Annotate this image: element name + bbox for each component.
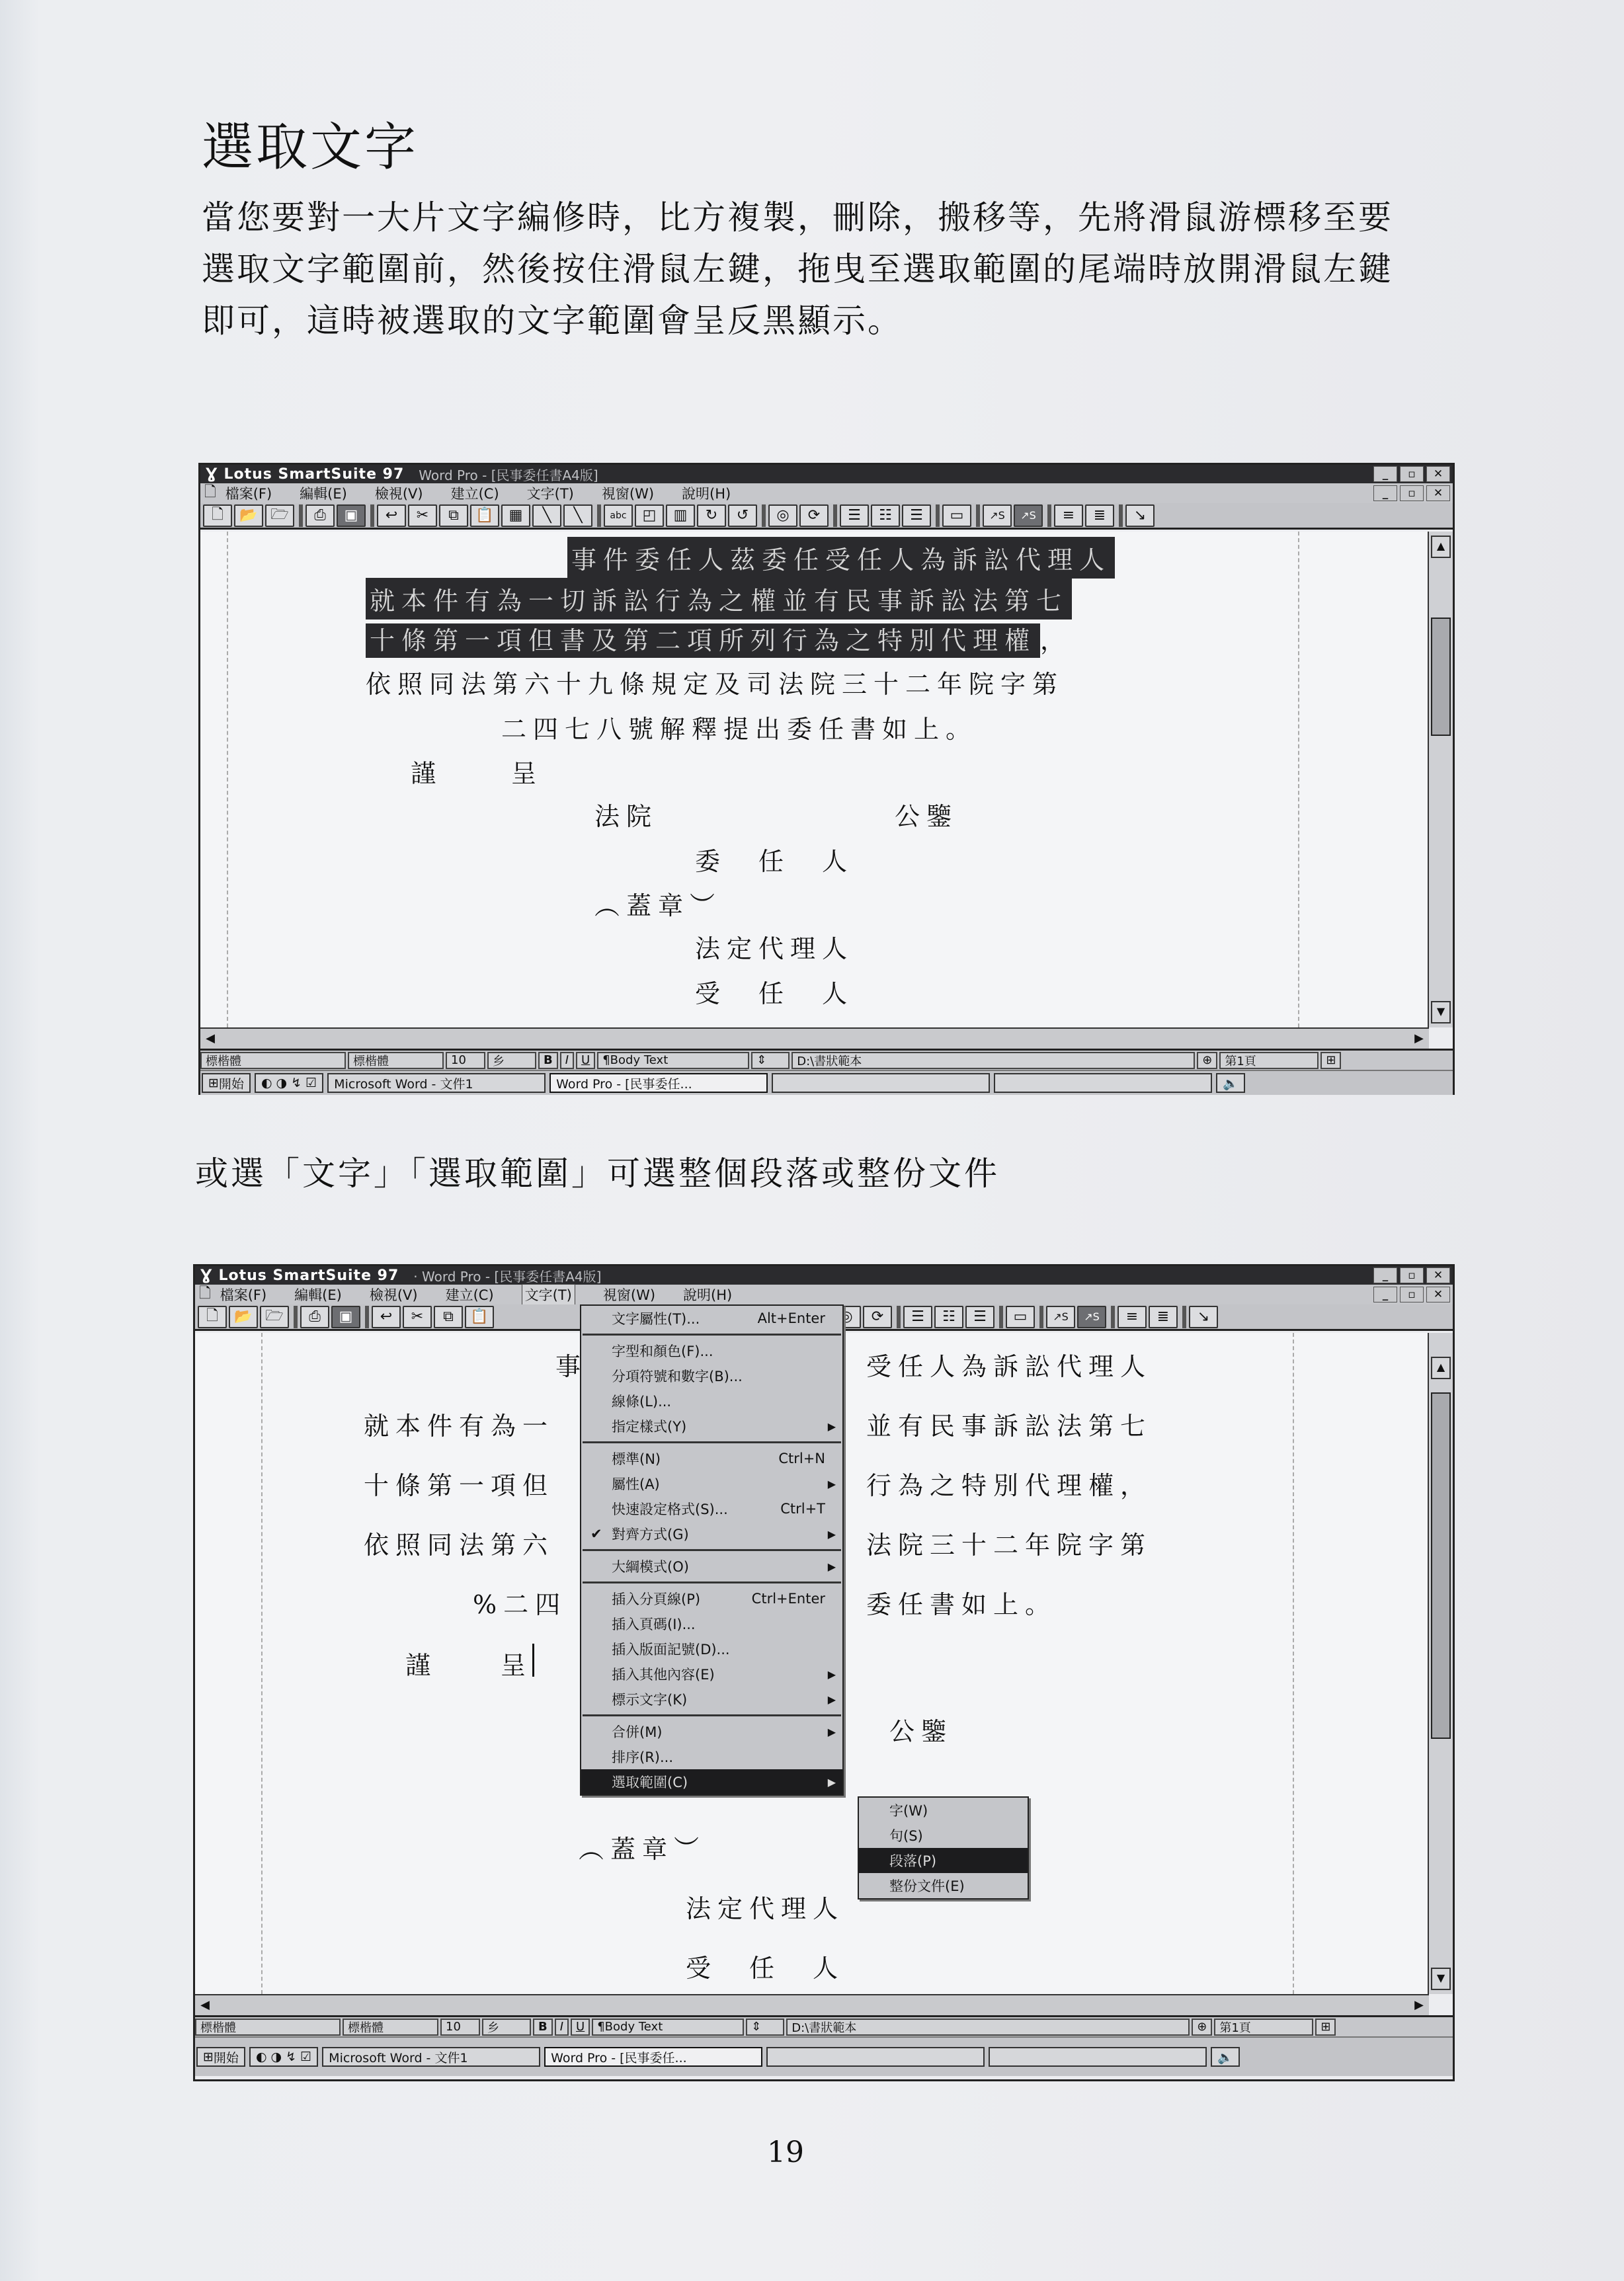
submenu-item-word[interactable]: 字(W) bbox=[859, 1798, 1028, 1823]
menu-separator bbox=[583, 1441, 841, 1443]
document-title: · Word Pro - [民事委任書A4版] bbox=[413, 1266, 601, 1285]
paste-icon[interactable]: 📋 bbox=[470, 504, 499, 527]
restore-button[interactable]: ▫ bbox=[1400, 466, 1424, 482]
text-color-icon[interactable]: 乡 bbox=[482, 2019, 531, 2036]
menu-item-sort[interactable]: 排序(R)... bbox=[581, 1744, 842, 1769]
menu-item-alignment[interactable]: ✔對齊方式(G)▶ bbox=[581, 1521, 842, 1546]
intro-paragraph: 當您要對一大片文字編修時，比方複製，刪除，搬移等，先將滑鼠游標移至要 選取文字範… bbox=[202, 192, 1458, 346]
windows-logo-icon: ⊞ bbox=[203, 2050, 214, 2064]
pointer-icon[interactable]: ↘ bbox=[1125, 504, 1155, 527]
underline-button[interactable]: U bbox=[576, 1052, 595, 1069]
document-line: 行為之特別代理權， bbox=[866, 1465, 1152, 1501]
document-icon: 🗋 bbox=[204, 481, 216, 506]
scroll-right-arrow-icon[interactable]: ▶ bbox=[1410, 1997, 1428, 2014]
document-line: 依照同法第六 bbox=[364, 1525, 554, 1561]
style-icon[interactable]: ↗S bbox=[1046, 1306, 1075, 1328]
checklist-icon[interactable]: ☰ bbox=[902, 504, 931, 527]
document-line: 公鑒 bbox=[895, 796, 958, 832]
document-line: 呈 bbox=[501, 1645, 532, 1681]
font-dropdown-2[interactable]: 標楷體 bbox=[348, 1052, 444, 1069]
submenu-arrow-icon: ▶ bbox=[828, 1560, 836, 1573]
vertical-scrollbar[interactable]: ▲ ▼ bbox=[1428, 1333, 1453, 1994]
scroll-down-arrow-icon[interactable]: ▼ bbox=[1431, 1968, 1451, 1990]
tray-volume-icon[interactable]: 🔈 bbox=[1216, 1073, 1245, 1093]
menu-window[interactable]: 視窗(W) bbox=[602, 483, 654, 503]
document-line: 就本件有為一 bbox=[364, 1406, 554, 1442]
fast-format-icon[interactable]: ↗S bbox=[1077, 1306, 1106, 1328]
doc-close-button[interactable]: ✕ bbox=[1426, 1287, 1450, 1302]
menu-create[interactable]: 建立(C) bbox=[446, 1285, 494, 1304]
screenshot-caption: 或選「文字」「選取範圍」可選整個段落或整份文件 bbox=[195, 1147, 1000, 1195]
text-cursor bbox=[532, 1644, 534, 1677]
print-icon[interactable]: ⎙ bbox=[300, 1306, 329, 1328]
task-empty-2[interactable] bbox=[994, 1073, 1212, 1093]
page-indicator[interactable]: 第1頁 bbox=[1214, 2019, 1313, 2036]
menu-create[interactable]: 建立(C) bbox=[451, 483, 499, 503]
smarticons-toolbar: 🗋 📂 🗁 ⎙ ▣ ↩ ✂ ⧉ 📋 ▦ ╲ ╲ abc ◰ ▥ ↻ ↺ ◎ ⟳ … bbox=[200, 503, 1453, 530]
submenu-arrow-icon: ▶ bbox=[828, 1693, 836, 1706]
bold-button[interactable]: B bbox=[533, 2019, 553, 2036]
windows-logo-icon: ⊞ bbox=[208, 1076, 219, 1090]
checklist-icon[interactable]: ☰ bbox=[965, 1306, 995, 1328]
page-nav-icon[interactable]: ⊕ bbox=[1192, 2019, 1212, 2036]
submenu-arrow-icon: ▶ bbox=[828, 1528, 836, 1541]
doc-minimize-button[interactable]: _ bbox=[1373, 485, 1397, 501]
save-folder-icon[interactable]: 🗁 bbox=[260, 1306, 289, 1328]
menu-text[interactable]: 文字(T) bbox=[522, 1284, 575, 1305]
globe-icon[interactable]: ◎ bbox=[768, 504, 797, 527]
line-3-comma: ， bbox=[1040, 626, 1072, 655]
menu-item-bullets-numbers[interactable]: 分項符號和數字(B)... bbox=[581, 1363, 842, 1388]
menu-item-text-properties[interactable]: 文字屬性(T)...Alt+Enter bbox=[581, 1306, 842, 1331]
bold-button[interactable]: B bbox=[538, 1052, 558, 1069]
wordpro-window-1: Ɣ Lotus SmartSuite 97 Word Pro - [民事委任書A… bbox=[198, 463, 1455, 1095]
print-icon[interactable]: ⎙ bbox=[305, 504, 335, 527]
menu-help[interactable]: 說明(H) bbox=[683, 1285, 732, 1304]
text-color-icon[interactable]: 乡 bbox=[487, 1052, 536, 1069]
italic-button[interactable]: I bbox=[560, 1052, 574, 1069]
status-bar: 標楷體 標楷體 10 乡 B I U ¶Body Text ⇕ D:\書狀範本 … bbox=[200, 1049, 1453, 1070]
document-line: 委 任 人 bbox=[695, 841, 854, 877]
font-size-dropdown[interactable]: 10 bbox=[440, 2019, 480, 2036]
print-preview-icon[interactable]: ▣ bbox=[337, 504, 366, 527]
font-dropdown[interactable]: 標楷體 bbox=[195, 2019, 341, 2036]
task-empty-1[interactable] bbox=[766, 2047, 985, 2067]
title-bar: Ɣ Lotus SmartSuite 97 · Word Pro - [民事委任… bbox=[195, 1266, 1453, 1285]
doc-minimize-button[interactable]: _ bbox=[1373, 1287, 1397, 1302]
status-bar: 標楷體 標楷體 10 乡 B I U ¶Body Text ⇕ D:\書狀範本 … bbox=[195, 2015, 1453, 2036]
print-preview-icon[interactable]: ▣ bbox=[331, 1306, 360, 1328]
menu-separator bbox=[583, 1334, 841, 1336]
minimize-button[interactable]: _ bbox=[1373, 1267, 1397, 1283]
align-icon[interactable]: ≡ bbox=[1054, 504, 1083, 527]
menu-view[interactable]: 檢視(V) bbox=[370, 1285, 418, 1304]
lotus-logo-icon: Ɣ bbox=[206, 466, 217, 483]
menu-item-outline[interactable]: 大綱模式(O)▶ bbox=[581, 1554, 842, 1579]
menu-item-font-color[interactable]: 字型和顏色(F)... bbox=[581, 1338, 842, 1363]
document-line: 受 任 人 bbox=[695, 973, 854, 1010]
submenu-item-sentence[interactable]: 句(S) bbox=[859, 1823, 1028, 1848]
new-document-icon[interactable]: 🗋 bbox=[203, 504, 232, 527]
book-page: 選取文字 當您要對一大片文字編修時，比方複製，刪除，搬移等，先將滑鼠游標移至要 … bbox=[0, 0, 1624, 2281]
submenu-arrow-icon: ▶ bbox=[828, 1478, 836, 1490]
bullet-list-icon[interactable]: ☰ bbox=[840, 504, 869, 527]
undo-icon[interactable]: ↩ bbox=[377, 504, 406, 527]
numbered-list-icon[interactable]: ☷ bbox=[934, 1306, 963, 1328]
document-line: 依照同法第六十九條規定及司法院三十二年院字第 bbox=[366, 664, 1064, 700]
frame-icon[interactable]: ◰ bbox=[635, 504, 664, 527]
table-icon[interactable]: ▦ bbox=[501, 504, 530, 527]
scroll-left-arrow-icon[interactable]: ◀ bbox=[196, 1997, 214, 2014]
tray-volume-icon[interactable]: 🔈 bbox=[1211, 2047, 1240, 2067]
section-heading: 選取文字 bbox=[202, 106, 419, 180]
document-line: %二四 bbox=[473, 1584, 567, 1621]
document-line: 法院三十二年院字第 bbox=[866, 1525, 1152, 1561]
quick-launch[interactable]: ◐ ◑ ↯ ☑ bbox=[255, 1073, 323, 1093]
menu-view[interactable]: 檢視(V) bbox=[375, 483, 423, 503]
menu-item-lines[interactable]: 線條(L)... bbox=[581, 1388, 842, 1414]
submenu-arrow-icon: ▶ bbox=[828, 1726, 836, 1738]
select-submenu: 字(W) 句(S) 段落(P) 整份文件(E) bbox=[858, 1796, 1029, 1900]
title-bar: Ɣ Lotus SmartSuite 97 Word Pro - [民事委任書A… bbox=[200, 465, 1453, 483]
lotus-logo-icon: Ɣ bbox=[200, 1267, 212, 1284]
submenu-item-paragraph[interactable]: 段落(P) bbox=[859, 1848, 1028, 1873]
document-line: 呈 bbox=[511, 753, 543, 789]
indent-icon[interactable]: ≣ bbox=[1085, 504, 1114, 527]
scroll-up-arrow-icon[interactable]: ▲ bbox=[1431, 536, 1451, 558]
menu-item-named-style[interactable]: 指定樣式(Y)▶ bbox=[581, 1414, 842, 1439]
italic-button[interactable]: I bbox=[555, 2019, 569, 2036]
line-icon[interactable]: ╲ bbox=[532, 504, 561, 527]
task-empty-1[interactable] bbox=[772, 1073, 990, 1093]
cut-icon[interactable]: ✂ bbox=[408, 504, 437, 527]
open-folder-icon[interactable]: 📂 bbox=[234, 504, 263, 527]
paragraph-line: 即可，這時被選取的文字範圍會呈反黑顯示。 bbox=[202, 295, 1458, 346]
bullet-list-icon[interactable]: ☰ bbox=[903, 1306, 932, 1328]
chart-icon[interactable]: ▥ bbox=[666, 504, 695, 527]
start-button[interactable]: ⊞開始 bbox=[196, 2047, 245, 2067]
scroll-thumb[interactable] bbox=[1431, 1392, 1451, 1739]
menu-item-normal[interactable]: 標準(N)Ctrl+N bbox=[581, 1446, 842, 1471]
doc-restore-button[interactable]: ▫ bbox=[1400, 485, 1424, 501]
start-button[interactable]: ⊞開始 bbox=[202, 1073, 251, 1093]
submenu-arrow-icon: ▶ bbox=[828, 1420, 836, 1433]
document-line: 委任書如上。 bbox=[866, 1584, 1057, 1621]
copy-icon[interactable]: ⧉ bbox=[439, 504, 468, 527]
font-dropdown[interactable]: 標楷體 bbox=[200, 1052, 346, 1069]
task-word[interactable]: Microsoft Word - 文件1 bbox=[327, 1073, 546, 1093]
menu-item-insert-page-number[interactable]: 插入頁碼(I)... bbox=[581, 1611, 842, 1636]
windows-taskbar: ⊞開始 ◐ ◑ ↯ ☑ Microsoft Word - 文件1 Word Pr… bbox=[200, 1070, 1453, 1095]
paragraph-line: 選取文字範圍前，然後按住滑鼠左鍵，拖曳至選取範圍的尾端時放開滑鼠左鍵 bbox=[202, 243, 1458, 295]
menu-file[interactable]: 檔案(F) bbox=[220, 1285, 266, 1304]
paragraph-style-dropdown[interactable]: ¶Body Text bbox=[597, 1052, 749, 1069]
scroll-left-arrow-icon[interactable]: ◀ bbox=[202, 1030, 219, 1047]
task-wordpro[interactable]: Word Pro - [民事委任... bbox=[549, 1073, 768, 1093]
document-line: 法定代理人 bbox=[686, 1888, 844, 1925]
document-line: ︵蓋章︶ bbox=[579, 1829, 706, 1865]
submenu-item-entire-document[interactable]: 整份文件(E) bbox=[859, 1873, 1028, 1898]
page-nav-icon[interactable]: ⊕ bbox=[1197, 1052, 1217, 1069]
menu-edit[interactable]: 編輯(E) bbox=[300, 483, 347, 503]
ruler-icon[interactable]: ▭ bbox=[942, 504, 971, 527]
menu-file[interactable]: 檔案(F) bbox=[225, 483, 272, 503]
page-next-icon[interactable]: ⊞ bbox=[1320, 1052, 1341, 1069]
undo-icon[interactable]: ↩ bbox=[372, 1306, 401, 1328]
doc-restore-button[interactable]: ▫ bbox=[1400, 1287, 1424, 1302]
task-word[interactable]: Microsoft Word - 文件1 bbox=[322, 2047, 540, 2067]
scroll-thumb[interactable] bbox=[1431, 618, 1451, 736]
close-button[interactable]: ✕ bbox=[1426, 1267, 1450, 1283]
submenu-arrow-icon: ▶ bbox=[828, 1776, 836, 1788]
paragraph-line: 當您要對一大片文字編修時，比方複製，刪除，搬移等，先將滑鼠游標移至要 bbox=[202, 192, 1458, 243]
menu-item-select[interactable]: 選取範圍(C)▶ bbox=[581, 1769, 842, 1794]
checkmark-icon: ✔ bbox=[590, 1526, 602, 1542]
sync-icon[interactable]: ⟳ bbox=[863, 1306, 892, 1328]
text-menu-dropdown: 文字屬性(T)...Alt+Enter 字型和顏色(F)... 分項符號和數字(… bbox=[580, 1304, 844, 1796]
paste-icon[interactable]: 📋 bbox=[465, 1306, 494, 1328]
fast-format-icon[interactable]: ↗S bbox=[1014, 504, 1043, 527]
underline-button[interactable]: U bbox=[571, 2019, 590, 2036]
app-title: Lotus SmartSuite 97 bbox=[223, 466, 404, 483]
document-title: Word Pro - [民事委任書A4版] bbox=[419, 465, 598, 484]
menu-item-insert-page-break[interactable]: 插入分頁線(P)Ctrl+Enter bbox=[581, 1586, 842, 1611]
minimize-button[interactable]: _ bbox=[1373, 466, 1397, 482]
submenu-arrow-icon: ▶ bbox=[828, 1668, 836, 1681]
horizontal-scrollbar[interactable]: ◀ ▶ bbox=[195, 1994, 1429, 2017]
menu-item-fast-format[interactable]: 快速設定格式(S)...Ctrl+T bbox=[581, 1496, 842, 1521]
page-next-icon[interactable]: ⊞ bbox=[1315, 2019, 1336, 2036]
scroll-down-arrow-icon[interactable]: ▼ bbox=[1431, 1001, 1451, 1023]
rotate-icon[interactable]: ↺ bbox=[728, 504, 757, 527]
ruler-icon[interactable]: ▭ bbox=[1006, 1306, 1035, 1328]
path-dropdown[interactable]: D:\書狀範本 bbox=[786, 2019, 1190, 2036]
menu-separator bbox=[583, 1714, 841, 1716]
scroll-right-arrow-icon[interactable]: ▶ bbox=[1410, 1030, 1428, 1047]
numbered-list-icon[interactable]: ☷ bbox=[871, 504, 900, 527]
close-button[interactable]: ✕ bbox=[1426, 466, 1450, 482]
document-line: 公鑒 bbox=[889, 1711, 953, 1747]
quick-launch[interactable]: ◐ ◑ ↯ ☑ bbox=[249, 2047, 318, 2067]
horizontal-scrollbar[interactable]: ◀ ▶ bbox=[200, 1027, 1429, 1050]
task-wordpro[interactable]: Word Pro - [民事委任... bbox=[544, 2047, 762, 2067]
vertical-scrollbar[interactable]: ▲ ▼ bbox=[1428, 532, 1453, 1027]
cut-icon[interactable]: ✂ bbox=[403, 1306, 432, 1328]
menu-item-merge[interactable]: 合併(M)▶ bbox=[581, 1719, 842, 1744]
diagonal-line-icon[interactable]: ╲ bbox=[563, 504, 592, 527]
restore-button[interactable]: ▫ bbox=[1400, 1267, 1424, 1283]
menu-bar: 🗋 檔案(F) 編輯(E) 檢視(V) 建立(C) 文字(T) 視窗(W) 說明… bbox=[200, 483, 1453, 503]
document-icon: 🗋 bbox=[199, 1282, 211, 1307]
document-line: 十條第一項但 bbox=[364, 1465, 554, 1501]
sync-icon[interactable]: ⟳ bbox=[799, 504, 829, 527]
style-icon[interactable]: ↗S bbox=[983, 504, 1012, 527]
selected-line-1[interactable]: 事件委任人茲委任受任人為訴訟代理人 bbox=[567, 537, 1115, 579]
document-line: 謹 bbox=[405, 1645, 437, 1681]
menu-help[interactable]: 說明(H) bbox=[682, 483, 731, 503]
open-folder-icon[interactable]: 📂 bbox=[229, 1306, 258, 1328]
menu-edit[interactable]: 編輯(E) bbox=[294, 1285, 342, 1304]
doc-close-button[interactable]: ✕ bbox=[1426, 485, 1450, 501]
align-icon[interactable]: ≡ bbox=[1117, 1306, 1147, 1328]
alignment-dropdown[interactable]: ⇕ bbox=[746, 2019, 784, 2036]
indent-icon[interactable]: ≣ bbox=[1149, 1306, 1178, 1328]
document-line: 法院 bbox=[594, 796, 658, 832]
new-document-icon[interactable]: 🗋 bbox=[198, 1306, 227, 1328]
menu-item-attributes[interactable]: 屬性(A)▶ bbox=[581, 1471, 842, 1496]
alignment-dropdown[interactable]: ⇕ bbox=[751, 1052, 790, 1069]
page-indicator[interactable]: 第1頁 bbox=[1219, 1052, 1319, 1069]
copy-icon[interactable]: ⧉ bbox=[434, 1306, 463, 1328]
task-empty-2[interactable] bbox=[989, 2047, 1207, 2067]
save-folder-icon[interactable]: 🗁 bbox=[265, 504, 294, 527]
document-area[interactable]: 事件委任人茲委任受任人為訴訟代理人 就本件有為一切訴訟行為之權並有民事訴訟法第七… bbox=[200, 532, 1429, 1027]
windows-taskbar: ⊞開始 ◐ ◑ ↯ ☑ Microsoft Word - 文件1 Word Pr… bbox=[195, 2036, 1453, 2076]
pointer-icon[interactable]: ↘ bbox=[1189, 1306, 1218, 1328]
selected-line-2[interactable]: 就本件有為一切訴訟行為之權並有民事訴訟法第七 bbox=[366, 578, 1072, 620]
app-title: Lotus SmartSuite 97 bbox=[218, 1267, 399, 1284]
font-size-dropdown[interactable]: 10 bbox=[446, 1052, 485, 1069]
document-line: ︵蓋章︶ bbox=[594, 885, 721, 922]
page-number: 19 bbox=[767, 2136, 804, 2169]
spell-check-icon[interactable]: abc bbox=[604, 504, 633, 527]
menu-separator bbox=[583, 1549, 841, 1551]
document-line: 二四七八號解釋提出委任書如上。 bbox=[501, 709, 977, 745]
menu-item-insert-other[interactable]: 插入其他內容(E)▶ bbox=[581, 1661, 842, 1687]
refresh-icon[interactable]: ↻ bbox=[697, 504, 726, 527]
wordpro-window-2: Ɣ Lotus SmartSuite 97 · Word Pro - [民事委任… bbox=[193, 1264, 1455, 2081]
menu-separator bbox=[583, 1581, 841, 1583]
document-line: 受 任 人 bbox=[686, 1948, 844, 1984]
menu-item-mark-text[interactable]: 標示文字(K)▶ bbox=[581, 1687, 842, 1712]
menu-text[interactable]: 文字(T) bbox=[527, 483, 574, 503]
document-line: 受任人為訴訟代理人 bbox=[866, 1346, 1152, 1382]
selected-line-3[interactable]: 十條第一項但書及第二項所列行為之特別代理權 bbox=[366, 623, 1040, 658]
menu-item-insert-layout-mark[interactable]: 插入版面記號(D)... bbox=[581, 1636, 842, 1661]
menu-window[interactable]: 視窗(W) bbox=[603, 1285, 655, 1304]
document-line: 謹 bbox=[411, 753, 442, 789]
paragraph-style-dropdown[interactable]: ¶Body Text bbox=[592, 2019, 744, 2036]
scroll-up-arrow-icon[interactable]: ▲ bbox=[1431, 1357, 1451, 1379]
document-line: 法定代理人 bbox=[695, 928, 854, 965]
document-line: 並有民事訴訟法第七 bbox=[866, 1406, 1152, 1442]
menu-bar: 🗋 檔案(F) 編輯(E) 檢視(V) 建立(C) 文字(T) 視窗(W) 說明… bbox=[195, 1285, 1453, 1304]
path-dropdown[interactable]: D:\書狀範本 bbox=[792, 1052, 1195, 1069]
font-dropdown-2[interactable]: 標楷體 bbox=[343, 2019, 438, 2036]
